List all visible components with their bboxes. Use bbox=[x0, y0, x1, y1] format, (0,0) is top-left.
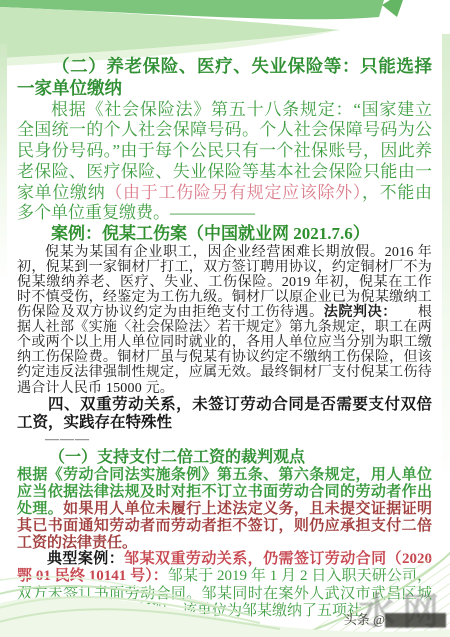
document-page: （二）养老保险、医疗、失业保险等：只能选择一家单位缴纳 根据《社会保险法》第五十… bbox=[0, 0, 450, 637]
right-edge-accent bbox=[442, 34, 450, 484]
case1-heading: 案例：倪某工伤案（中国就业网 2021.7.6） bbox=[17, 224, 432, 244]
paragraph-double-pay-red: 如果用人单位未履行上述法定义务，且未提交证据证明其已书面通知劳动者而劳动者拒不签… bbox=[17, 501, 432, 551]
case1-body: 倪某为某国有企业职工，因企业经营困难长期放假。2016 年初，倪某到一家铜材厂打… bbox=[17, 245, 432, 396]
paragraph-social-insurance-law: 根据《社会保险法》第五十八条规定：“国家建立全国统一的个人社会保障号码。个人社会… bbox=[17, 100, 432, 224]
document-content: （二）养老保险、医疗、失业保险等：只能选择一家单位缴纳 根据《社会保险法》第五十… bbox=[17, 56, 432, 637]
court-verdict-label: 法院判决： bbox=[324, 305, 397, 320]
section-heading-pension: （二）养老保险、医疗、失业保险等：只能选择一家单位缴纳 bbox=[17, 56, 432, 100]
case2-paragraph: 典型案例：邹某双重劳动关系，仍需签订劳动合同（2020鄂 01 民终 10141… bbox=[17, 551, 432, 619]
section-heading-dual-labor: 四、双重劳动关系，未签订劳动合同是否需要支付双倍工资，实践存在特殊性 bbox=[17, 396, 432, 433]
paragraph-pink-exception-text: （由于工伤险另有规定应该除外） bbox=[105, 183, 362, 202]
left-edge-accent bbox=[0, 44, 7, 284]
subsection-heading-double-pay: （一）支持支付二倍工资的裁判观点 bbox=[17, 448, 432, 467]
typical-case-label: 典型案例： bbox=[47, 551, 124, 567]
paragraph-double-pay: 根据《劳动合同法实施条例》第五条、第六条规定，用人单位应当依据法律法规及时对拒不… bbox=[17, 467, 432, 551]
dash-divider: ——— bbox=[17, 432, 432, 448]
